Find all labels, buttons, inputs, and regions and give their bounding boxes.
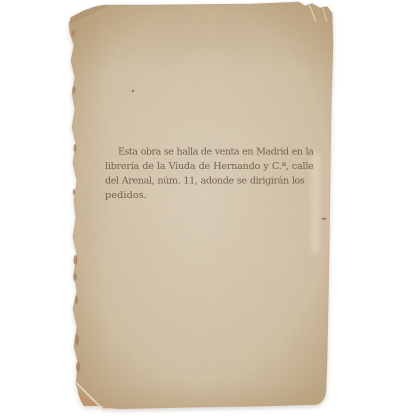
imprint-line-2: librería de la Viuda de Hernando y C.ª, … (105, 161, 314, 172)
imprint-line-3: del Arenal, núm. 11, adonde se dirigirán… (105, 176, 305, 187)
foxing-dot (132, 90, 134, 92)
edge-speck (322, 218, 326, 219)
imprint-line-4: pedidos. (105, 190, 147, 201)
page-texture (60, 0, 345, 412)
book-page-photo: Esta obra se halla de venta en Madrid en… (0, 0, 416, 416)
photo-stage: Esta obra se halla de venta en Madrid en… (0, 0, 416, 416)
book-page: Esta obra se halla de venta en Madrid en… (60, 0, 345, 412)
imprint-line-1: Esta obra se halla de venta en Madrid en… (118, 147, 314, 158)
paper-grain (60, 0, 345, 412)
